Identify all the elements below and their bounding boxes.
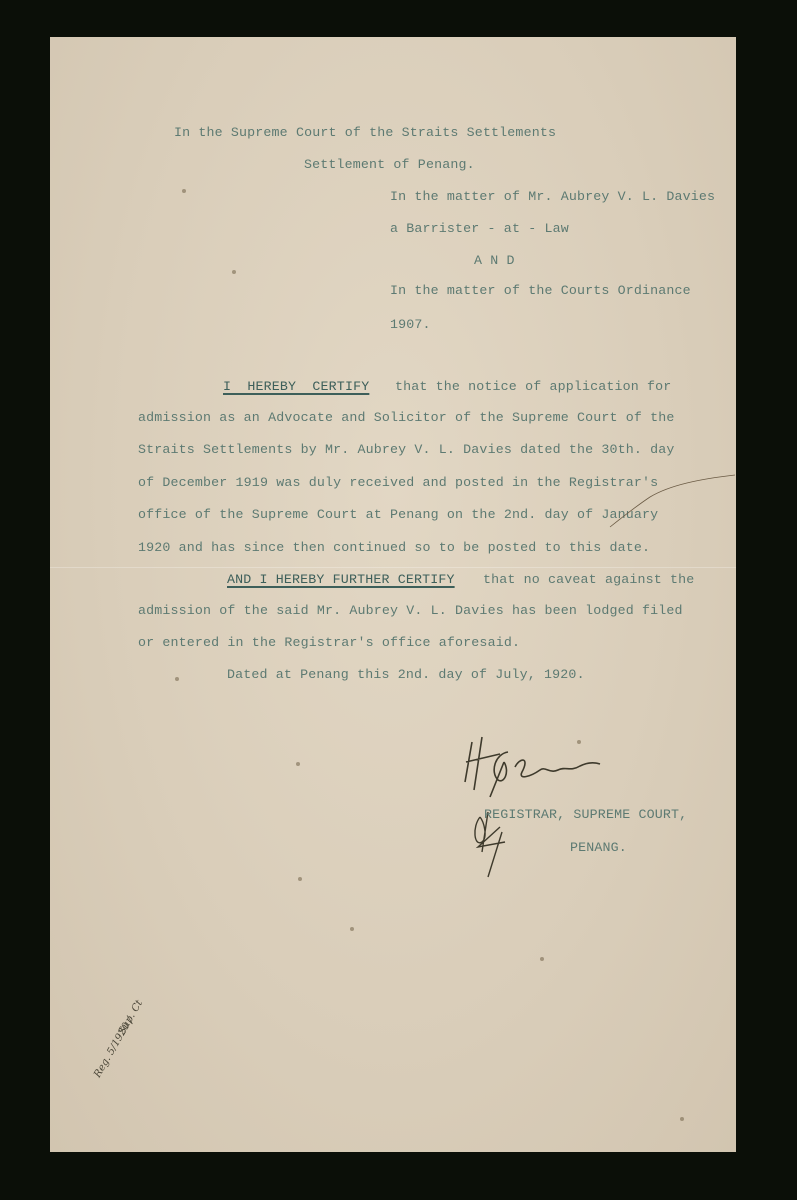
tear-line bbox=[610, 467, 740, 547]
dated-line: Dated at Penang this 2nd. day of July, 1… bbox=[227, 667, 585, 682]
registrar-title: REGISTRAR, SUPREME COURT, bbox=[484, 807, 687, 822]
matter-1: In the matter of Mr. Aubrey V. L. Davies bbox=[390, 189, 715, 204]
foxing-spot bbox=[350, 927, 354, 931]
matter-1-b: a Barrister - at - Law bbox=[390, 221, 569, 236]
signature bbox=[460, 732, 610, 802]
paragraph-1-line-3: Straits Settlements by Mr. Aubrey V. L. … bbox=[138, 442, 675, 457]
margin-note-2: Reg. 5/1920 / bbox=[92, 1015, 135, 1079]
paragraph-1-line-1: that the notice of application for bbox=[395, 379, 671, 394]
foxing-spot bbox=[298, 877, 302, 881]
document-page: In the Supreme Court of the Straits Sett… bbox=[50, 37, 736, 1152]
paragraph-1-line-2: admission as an Advocate and Solicitor o… bbox=[138, 410, 675, 425]
paragraph-2-line-3: or entered in the Registrar's office afo… bbox=[138, 635, 520, 650]
certify-lead: I HEREBY CERTIFY bbox=[223, 379, 369, 394]
and-heading: A N D bbox=[474, 253, 515, 268]
matter-2: In the matter of the Courts Ordinance bbox=[390, 283, 691, 298]
registrar-place: PENANG. bbox=[570, 840, 627, 855]
paragraph-1-line-6: 1920 and has since then continued so to … bbox=[138, 540, 650, 555]
foxing-spot bbox=[577, 740, 581, 744]
foxing-spot bbox=[232, 270, 236, 274]
paragraph-2-line-1: that no caveat against the bbox=[483, 572, 694, 587]
court-heading: In the Supreme Court of the Straits Sett… bbox=[174, 125, 556, 140]
foxing-spot bbox=[540, 957, 544, 961]
foxing-spot bbox=[680, 1117, 684, 1121]
paragraph-1-line-5: office of the Supreme Court at Penang on… bbox=[138, 507, 658, 522]
foxing-spot bbox=[296, 762, 300, 766]
settlement-heading: Settlement of Penang. bbox=[304, 157, 475, 172]
foxing-spot bbox=[182, 189, 186, 193]
paragraph-1-line-4: of December 1919 was duly received and p… bbox=[138, 475, 658, 490]
foxing-spot bbox=[175, 677, 179, 681]
fold-line bbox=[50, 567, 736, 568]
paragraph-2-line-2: admission of the said Mr. Aubrey V. L. D… bbox=[138, 603, 683, 618]
further-certify-lead: AND I HEREBY FURTHER CERTIFY bbox=[227, 572, 455, 587]
matter-2-b: 1907. bbox=[390, 317, 431, 332]
